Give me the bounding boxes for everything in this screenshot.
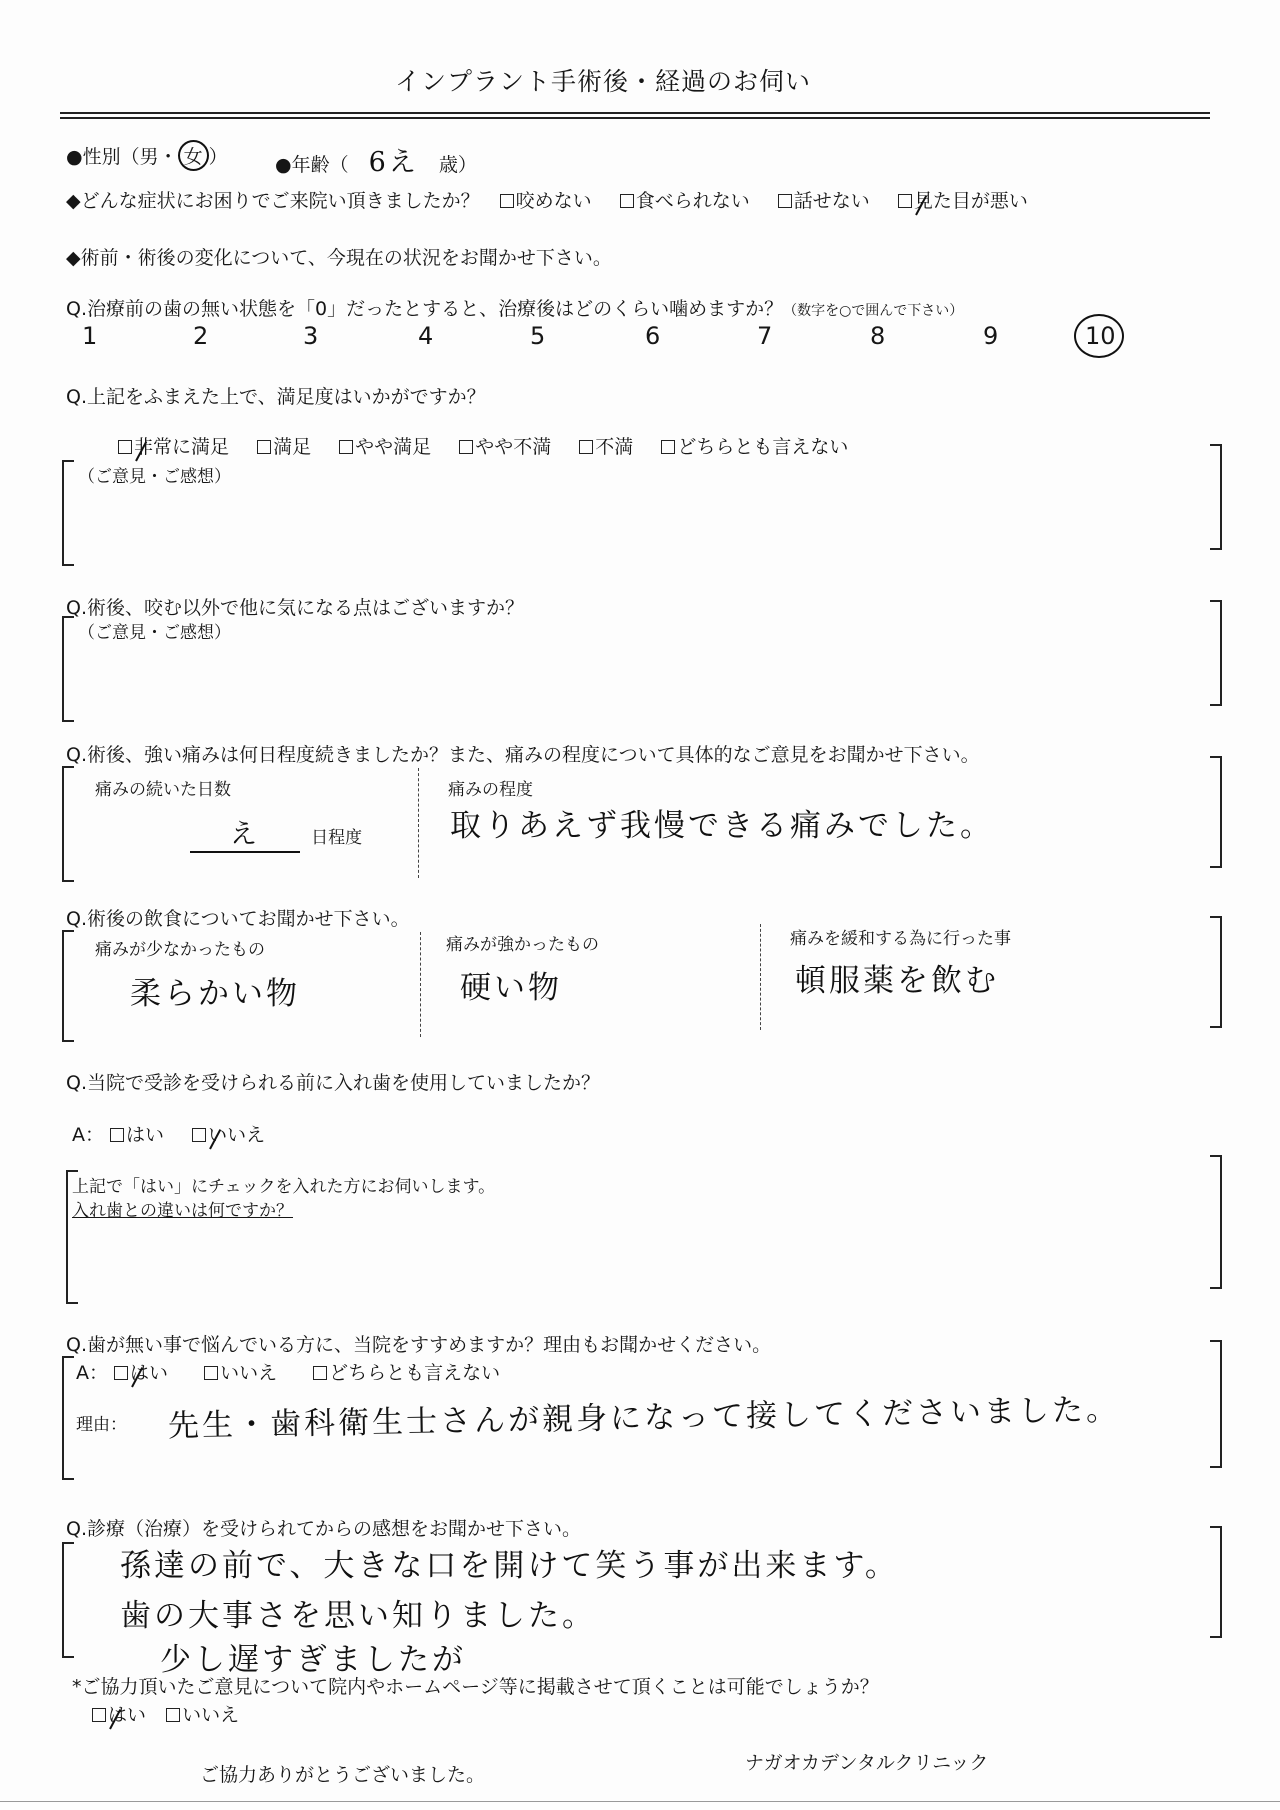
checkbox-icon[interactable] [579, 440, 593, 454]
denture-followup-line1: 上記で「はい」にチェックを入れた方にお伺いします。 [72, 1172, 495, 1197]
age-label: ●年齢（ [275, 154, 349, 176]
less-pain-food-value[interactable]: 柔らかい物 [130, 968, 300, 1013]
symptom-option-appearance[interactable]: 見た目が悪い [898, 190, 1028, 212]
checkbox-icon[interactable] [166, 1708, 180, 1722]
impression-bracket-right [1210, 1526, 1222, 1638]
consent-answer-row: はい いいえ [92, 1700, 239, 1727]
reason-label: 理由： [76, 1410, 127, 1435]
scale-1[interactable]: 1 [82, 322, 97, 350]
title-rule-top [60, 112, 1210, 114]
scale-6[interactable]: 6 [645, 322, 660, 350]
other-concerns-question: Q.術後、咬む以外で他に気になる点はございますか？ [66, 593, 524, 620]
pain-level-value[interactable]: 取りあえず我慢できる痛みでした。 [450, 800, 994, 845]
page-title: インプラント手術後・経過のお伺い [395, 62, 811, 98]
option-label: はい [126, 1124, 164, 1146]
other-comment-field[interactable] [78, 648, 1198, 708]
checked-checkbox-icon[interactable] [898, 194, 912, 208]
satisfaction-option-dissatisfied[interactable]: 不満 [579, 436, 633, 458]
food-bracket-left [62, 930, 74, 1042]
scale-7[interactable]: 7 [757, 322, 772, 350]
title-rule-bottom [60, 117, 1210, 119]
checkbox-icon[interactable] [110, 1128, 124, 1142]
column-divider [420, 932, 421, 1037]
scale-5[interactable]: 5 [530, 322, 545, 350]
pain-bracket-right [1210, 756, 1222, 868]
recommend-option-yes[interactable]: はい [114, 1362, 168, 1384]
satisfaction-options: 非常に満足 満足 やや満足 やや不満 不満 どちらとも言えない [118, 432, 848, 459]
recommend-bracket-left [62, 1356, 74, 1480]
recommend-answer-row: A： はい いいえ どちらとも言えない [76, 1358, 500, 1385]
denture-followup-line2: 入れ歯との違いは何ですか？ [72, 1196, 293, 1221]
recommend-question: Q.歯が無い事で悩んでいる方に、当院をすすめますか？理由もお聞かせください。 [66, 1330, 771, 1357]
satisfaction-option-neutral[interactable]: どちらとも言えない [661, 436, 848, 458]
clinic-name: ナガオカデンタルクリニック [745, 1748, 988, 1775]
scale-9[interactable]: 9 [983, 322, 998, 350]
option-label: 食べられない [636, 190, 750, 212]
symptoms-row: ◆どんな症状にお困りでご来院い頂きましたか？ 咬めない 食べられない 話せない … [66, 186, 1028, 213]
denture-option-no[interactable]: いいえ [192, 1124, 265, 1146]
age-unit: 歳） [439, 154, 477, 176]
age-value[interactable]: 6え [369, 147, 419, 178]
impression-bracket-left [62, 1542, 74, 1658]
strong-pain-food-label: 痛みが強かったもの [446, 930, 599, 955]
answer-prefix: A： [76, 1362, 108, 1384]
gender-sep: ・ [159, 146, 178, 168]
comment-bracket-left [62, 460, 74, 566]
pain-relief-label: 痛みを緩和する為に行った事 [790, 924, 1011, 949]
chew-question-text: Q.治療前の歯の無い状態を「0」だったとすると、治療後はどのくらい噛めますか？ [66, 298, 783, 320]
checkbox-icon[interactable] [257, 440, 271, 454]
column-divider [760, 924, 761, 1030]
satisfaction-question: Q.上記をふまえた上で、満足度はいかがですか？ [66, 382, 486, 409]
column-divider [418, 768, 419, 878]
option-label: 見た目が悪い [914, 190, 1028, 212]
satisfaction-option-very-satisfied[interactable]: 非常に満足 [118, 436, 229, 458]
pain-question: Q.術後、強い痛みは何日程度続きましたか？また、痛みの程度について具体的なご意見… [66, 740, 980, 767]
denture-difference-field[interactable] [80, 1228, 1200, 1288]
checked-checkbox-icon[interactable] [192, 1128, 206, 1142]
comment-bracket-right [1210, 600, 1222, 706]
checked-checkbox-icon[interactable] [92, 1708, 106, 1722]
denture-question: Q.当院で受診を受けられる前に入れ歯を使用していましたか？ [66, 1068, 600, 1095]
symptom-option-cannot-bite[interactable]: 咬めない [500, 190, 592, 212]
thanks-text: ご協力ありがとうございました。 [200, 1760, 485, 1787]
satisfaction-comment-label: （ご意見・ご感想） [78, 462, 231, 487]
pain-days-field: え 日程度 [190, 812, 362, 853]
less-pain-food-label: 痛みが少なかったもの [95, 935, 265, 960]
strong-pain-food-value[interactable]: 硬い物 [460, 962, 562, 1007]
selection-circle-icon [1074, 314, 1124, 358]
pain-days-value[interactable]: え [190, 812, 300, 853]
checkbox-icon[interactable] [313, 1366, 327, 1380]
impression-line-1[interactable]: 孫達の前で、大きな口を開けて笑う事が出来ます。 [120, 1540, 899, 1585]
satisfaction-comment-field[interactable] [78, 492, 1198, 552]
symptoms-question: ◆どんな症状にお困りでご来院い頂きましたか？ [66, 190, 480, 212]
checkbox-icon[interactable] [204, 1366, 218, 1380]
option-label: いいえ [182, 1704, 239, 1726]
gender-female-option[interactable]: 女 [178, 140, 209, 171]
option-label: 話せない [794, 190, 870, 212]
gender-field: ●性別（男・女） [66, 140, 228, 171]
option-label: いいえ [220, 1362, 277, 1384]
recommend-bracket-right [1210, 1340, 1222, 1468]
scale-4[interactable]: 4 [418, 322, 433, 350]
consent-option-yes[interactable]: はい [92, 1704, 146, 1726]
impression-line-2[interactable]: 歯の大事さを思い知りました。 [120, 1590, 596, 1635]
pain-days-label: 痛みの続いた日数 [95, 775, 231, 800]
denture-bracket-right [1210, 1155, 1222, 1289]
denture-option-yes[interactable]: はい [110, 1124, 164, 1146]
option-label: 不満 [595, 436, 633, 458]
age-field: ●年齢（ 6え 歳） [275, 140, 477, 179]
recommend-option-neutral[interactable]: どちらとも言えない [313, 1362, 500, 1384]
intro-text: ◆術前・術後の変化について、今現在の状況をお聞かせ下さい。 [66, 243, 612, 270]
comment-bracket-left [62, 616, 74, 722]
scale-2[interactable]: 2 [193, 322, 208, 350]
gender-label: ●性別（男 [66, 146, 159, 168]
option-label: 咬めない [516, 190, 592, 212]
checked-checkbox-icon[interactable] [118, 440, 132, 454]
pain-days-unit: 日程度 [311, 828, 362, 848]
option-label: どちらとも言えない [677, 436, 848, 458]
other-comment-label: （ご意見・ご感想） [78, 618, 231, 643]
satisfaction-option-somewhat-dissatisfied[interactable]: やや不満 [459, 436, 551, 458]
recommend-option-no[interactable]: いいえ [204, 1362, 277, 1384]
consent-option-no[interactable]: いいえ [166, 1704, 239, 1726]
scale-8[interactable]: 8 [870, 322, 885, 350]
option-label: 満足 [273, 436, 311, 458]
option-label: やや満足 [355, 436, 431, 458]
scale-3[interactable]: 3 [303, 322, 318, 350]
food-bracket-right [1210, 916, 1222, 1028]
page-bottom-edge [0, 1801, 1280, 1802]
impression-question: Q.診療（治療）を受けられてからの感想をお聞かせ下さい。 [66, 1514, 581, 1541]
pain-bracket-left [62, 766, 74, 882]
chew-hint: （数字を○で囲んで下さい） [783, 303, 963, 319]
option-label: どちらとも言えない [329, 1362, 500, 1384]
food-question: Q.術後の飲食についてお聞かせ下さい。 [66, 904, 410, 931]
denture-answer-row: A： はい いいえ [72, 1120, 265, 1147]
satisfaction-option-satisfied[interactable]: 満足 [257, 436, 311, 458]
consent-question: *ご協力頂いたご意見について院内やホームページ等に掲載させて頂くことは可能でしょ… [72, 1672, 879, 1699]
checkbox-icon[interactable] [459, 440, 473, 454]
checkbox-icon[interactable] [339, 440, 353, 454]
symptom-option-cannot-speak[interactable]: 話せない [778, 190, 870, 212]
pain-level-label: 痛みの程度 [448, 775, 533, 800]
pain-relief-value[interactable]: 頓服薬を飲む [795, 955, 999, 1000]
checkbox-icon[interactable] [778, 194, 792, 208]
satisfaction-option-somewhat-satisfied[interactable]: やや満足 [339, 436, 431, 458]
option-label: 非常に満足 [134, 436, 229, 458]
answer-prefix: A： [72, 1124, 104, 1146]
checkbox-icon[interactable] [661, 440, 675, 454]
symptom-option-cannot-eat[interactable]: 食べられない [620, 190, 750, 212]
checked-checkbox-icon[interactable] [114, 1366, 128, 1380]
option-label: やや不満 [475, 436, 551, 458]
reason-value[interactable]: 先生・歯科衛生士さんが親身になって接してくださいました。 [168, 1384, 1121, 1446]
gender-close: ） [209, 146, 228, 168]
checkbox-icon[interactable] [500, 194, 514, 208]
checkbox-icon[interactable] [620, 194, 634, 208]
comment-bracket-right [1210, 444, 1222, 550]
chew-question: Q.治療前の歯の無い状態を「0」だったとすると、治療後はどのくらい噛めますか？（… [66, 294, 963, 321]
